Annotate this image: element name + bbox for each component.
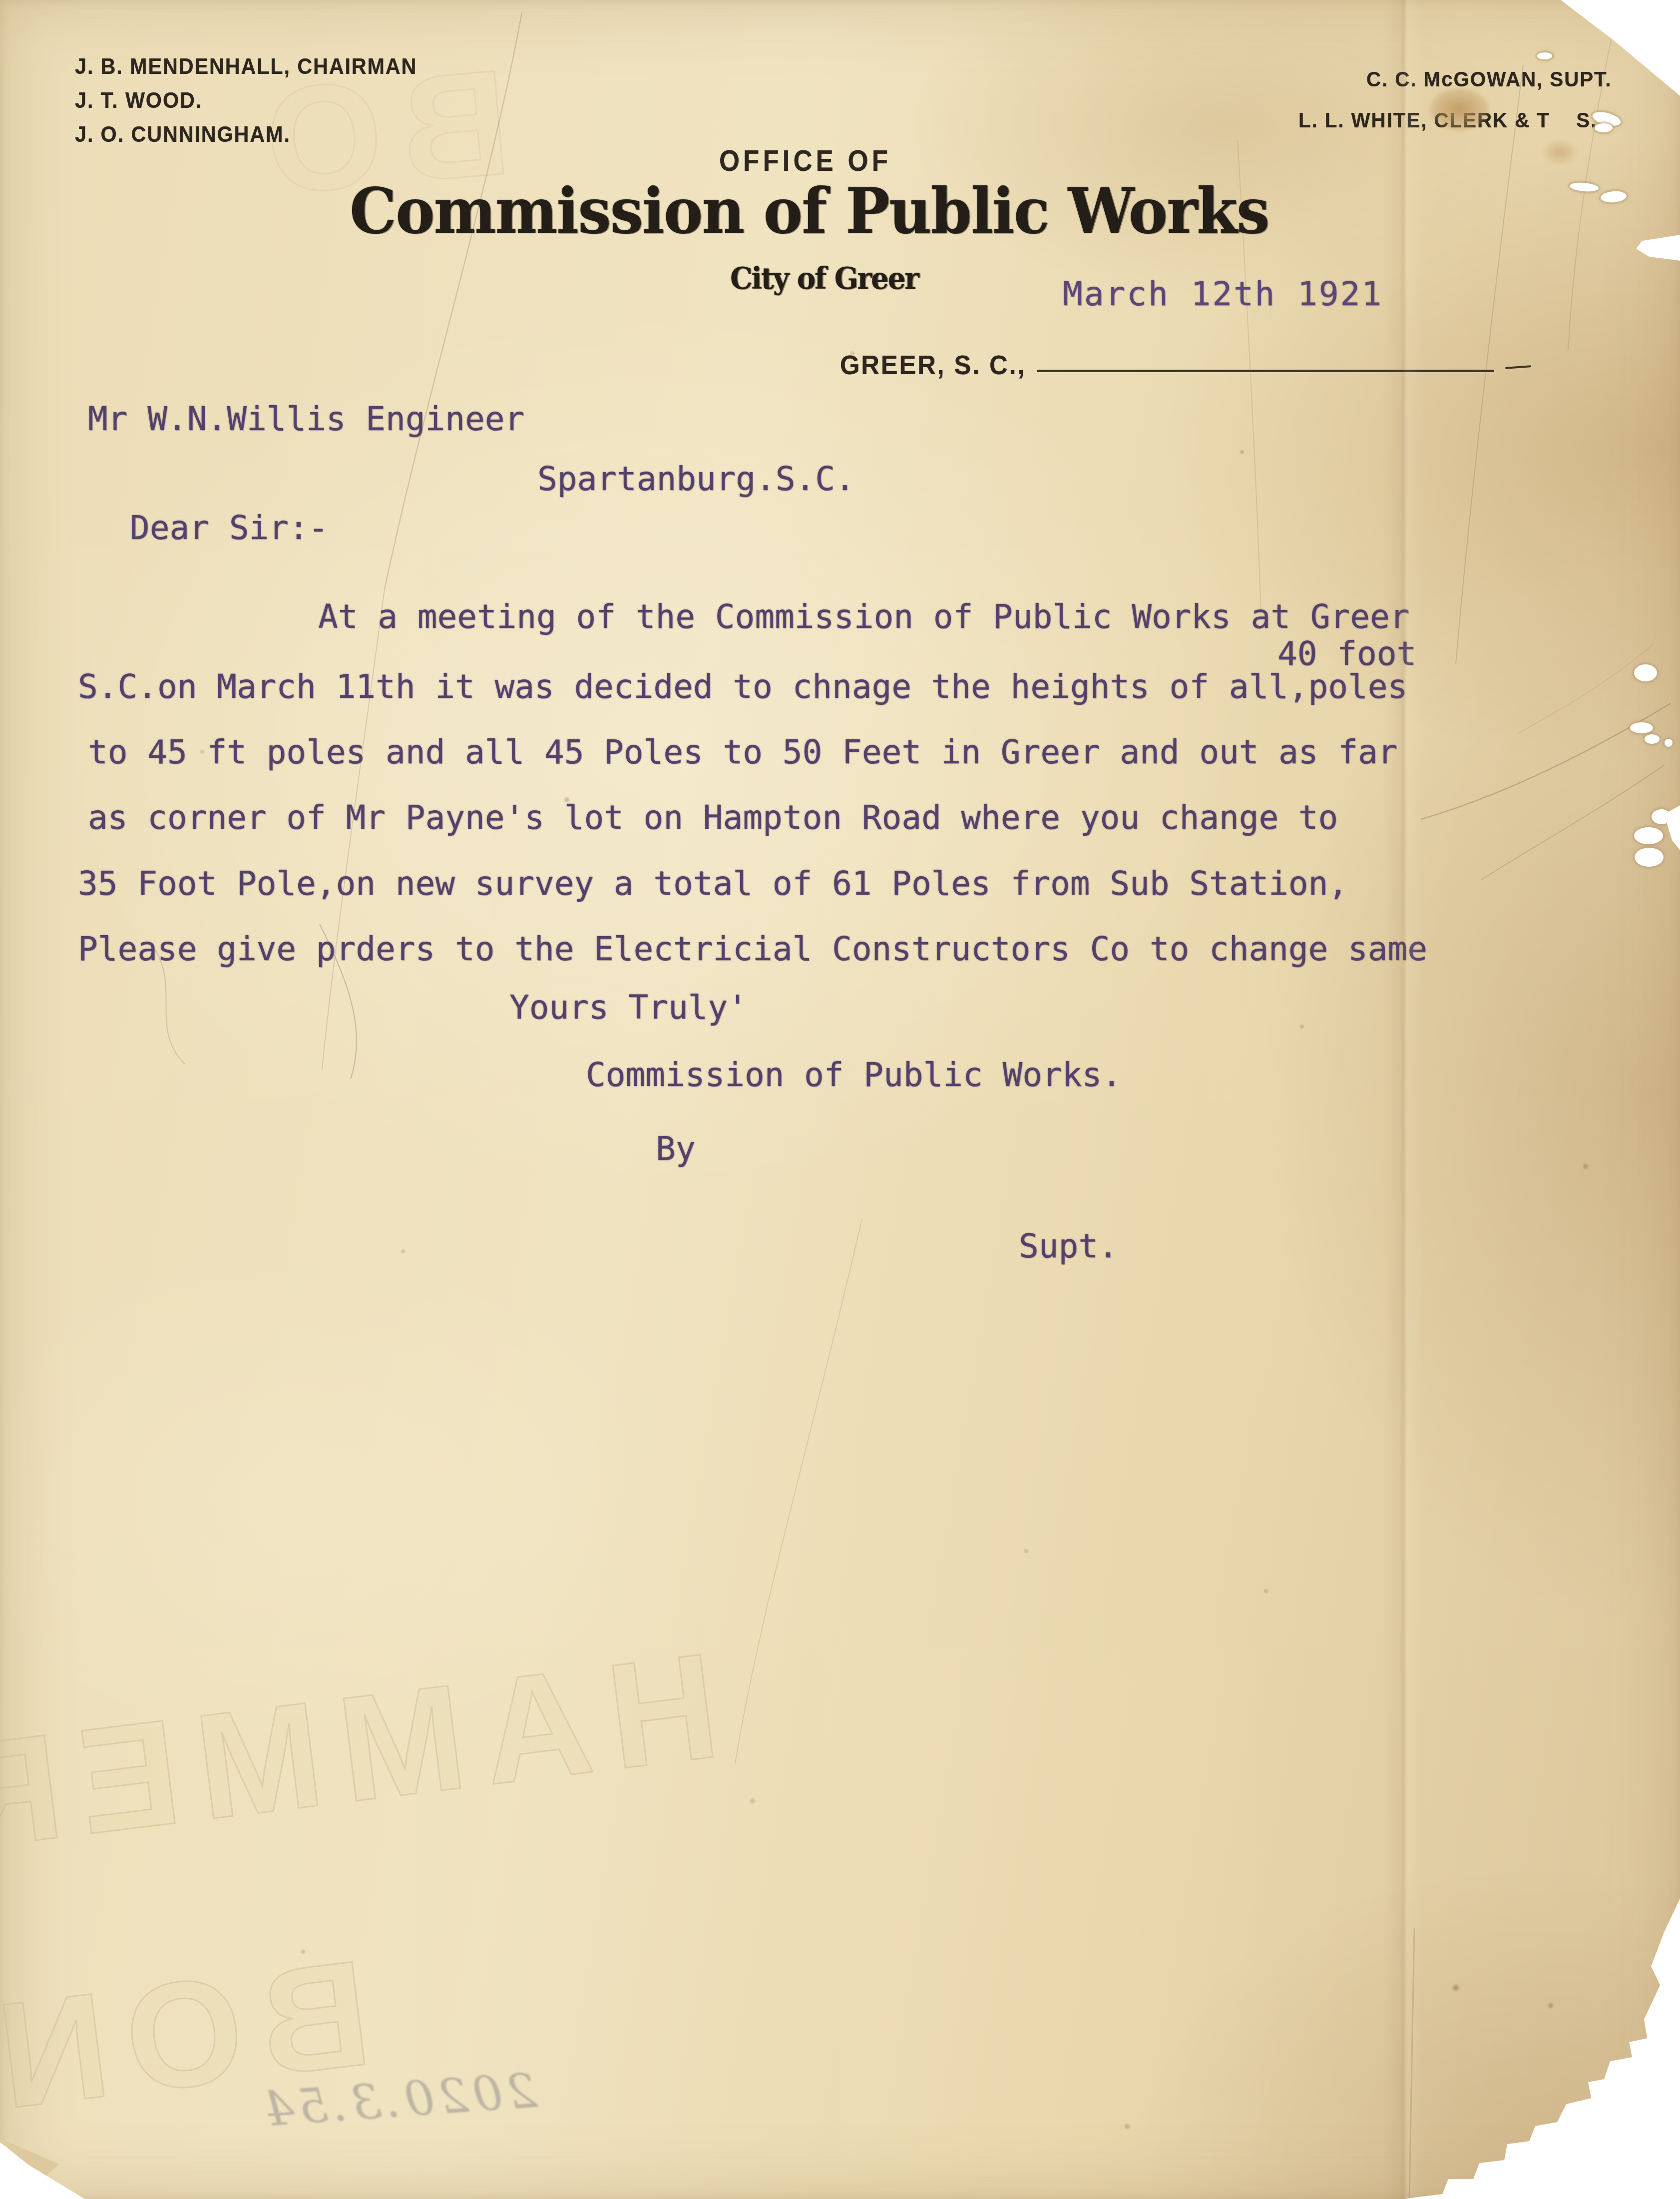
paper-hole xyxy=(1665,739,1673,747)
paper-hole xyxy=(1645,734,1660,744)
paper-hole xyxy=(1595,123,1613,132)
scanned-letter: BO HAMMER BON J. B. MENDENHALL, CHAIRMAN… xyxy=(0,0,1680,2199)
paper-hole xyxy=(1630,722,1653,733)
small-stain xyxy=(1542,140,1577,165)
foxing-specks xyxy=(0,0,3,3)
paper-hole xyxy=(1537,52,1552,59)
crease-lines xyxy=(0,0,1680,2199)
paper-hole xyxy=(1652,809,1672,824)
paper-hole xyxy=(1635,848,1664,867)
paper-hole xyxy=(1634,664,1657,681)
ink-stain xyxy=(1429,88,1489,131)
paper-hole xyxy=(1634,827,1663,844)
paper-sheet: BO HAMMER BON J. B. MENDENHALL, CHAIRMAN… xyxy=(0,0,1680,2199)
